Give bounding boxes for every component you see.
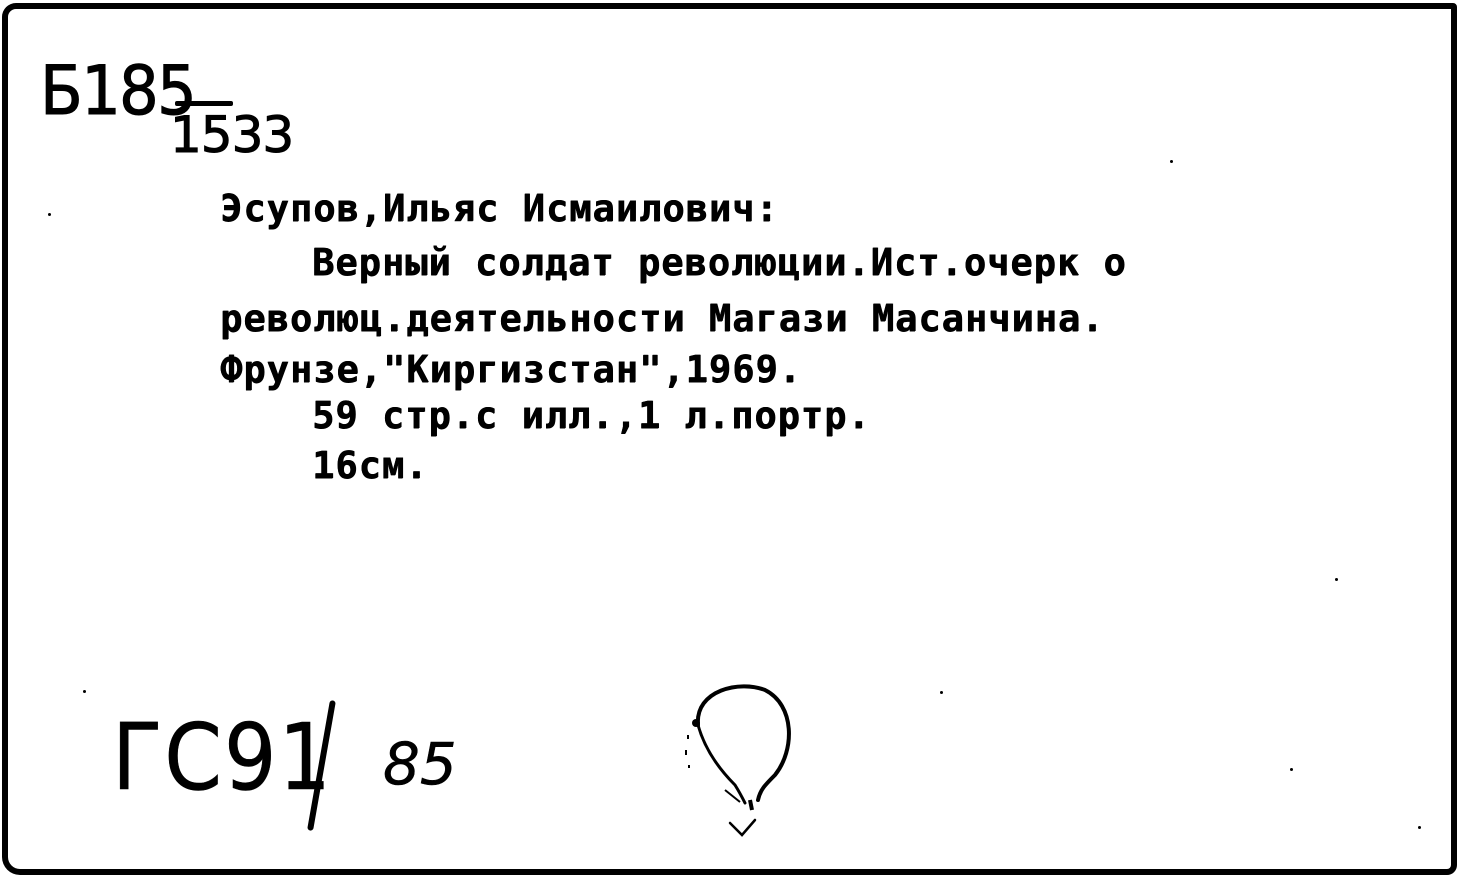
size-line: 16см. — [312, 447, 428, 484]
inventory-mark-suffix: 85 — [383, 735, 457, 793]
imprint-line: Фрунзе,"Киргизстан",1969. — [220, 351, 802, 388]
speck — [1290, 768, 1293, 771]
library-stamp-icon — [680, 675, 800, 845]
speck — [83, 690, 86, 693]
speck — [48, 213, 51, 216]
speck — [1418, 826, 1421, 829]
speck — [1335, 578, 1338, 581]
speck — [1170, 160, 1173, 163]
inventory-mark-prefix: ГС91 — [112, 712, 333, 804]
speck — [940, 691, 943, 694]
pagination-line: 59 стр.с илл.,1 л.портр. — [312, 397, 871, 434]
shelf-mark-sub: 1533 — [170, 110, 293, 160]
author-line: Эсупов,Ильяс Исмаилович: — [220, 190, 779, 227]
title-line: Верный солдат революции.Ист.очерк о — [312, 244, 1127, 281]
title-continuation: революц.деятельности Магази Масанчина. — [220, 300, 1104, 337]
